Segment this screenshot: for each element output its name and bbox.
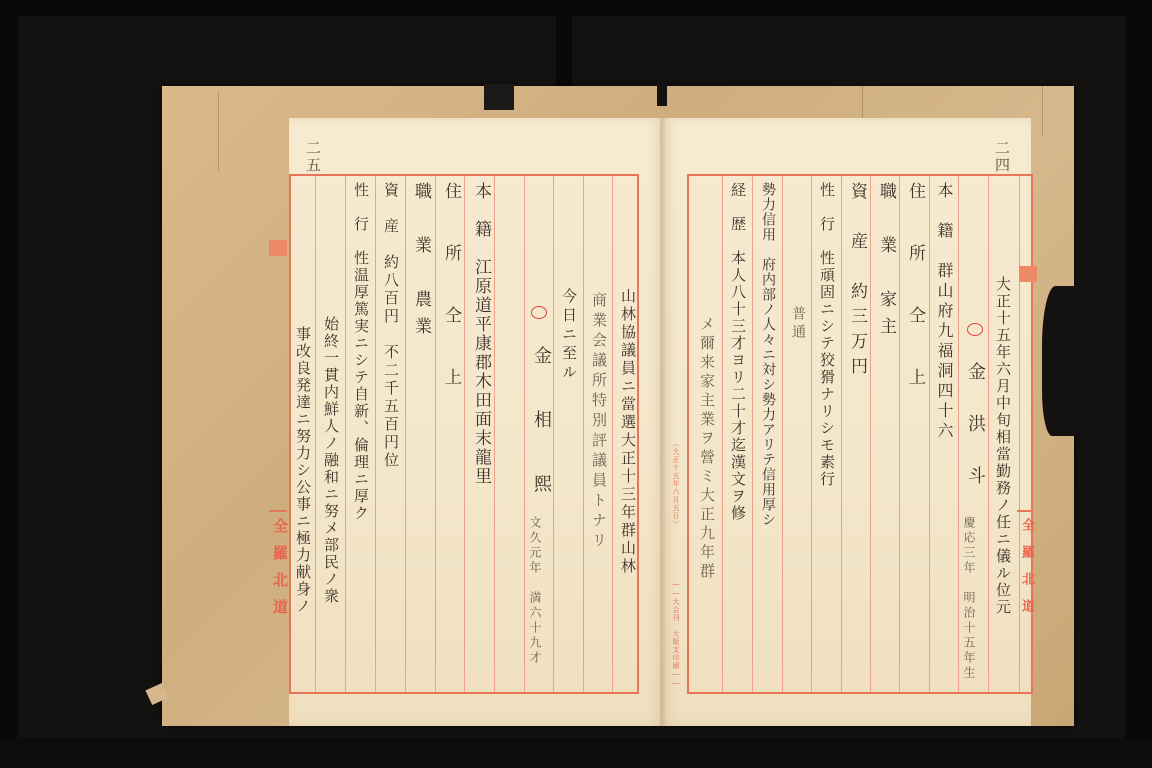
column-rule [841,176,842,692]
record-address: 住 所 仝 上 [437,182,465,399]
record-occupation: 職 業 農業 [407,182,435,344]
record-history-cont: メ爾来家主業ヲ營ミ大正九年群 [693,316,721,582]
gutter-date-print: （大正十五年六月五日） [671,440,681,528]
red-circle-mark [531,306,547,319]
edge-tab [1019,266,1037,282]
column-rule [752,176,753,692]
record-character: 性 行 性頑固ニシテ狡猾ナリシモ素行 [813,182,841,488]
crease [1042,86,1043,136]
record-assets: 資 産 約三万円 [843,182,871,382]
column-rule [782,176,783,692]
frame-divider [556,0,572,90]
record-character-cont: 普通 [784,306,812,342]
frame-bottom [0,738,1152,768]
edge-rule [269,510,287,512]
spine-shadow [660,118,666,726]
column-rule [583,176,584,692]
history-line-1: 山林協議員ニ當選大正十三年群山林 [614,288,642,576]
column-rule [722,176,723,692]
column-rule [345,176,346,692]
crease [218,91,219,171]
edge-rule [1017,510,1033,512]
record-assets: 資 産 約八百円 不二千五百円位 [377,182,405,470]
history-line-3: 今日ニ至ル [555,288,583,383]
right-page: 二四 大正十五年六月中旬相當勤務ノ任ニ儀ル位元 金 洪 斗 慶応三年 明治十五年… [663,118,1031,726]
record-character-cont-2: 事改良発達ニ努力シ公事ニ極力献身ノ [289,326,317,615]
record-honseki: 本 籍 江原道平康郡木田面末龍里 [467,182,495,486]
history-line-2: 商業会議所特別評議員トナリ [585,292,613,552]
record-character-cont: 始終一貫内鮮人ノ融和ニ努メ部民ノ衆 [317,316,345,605]
person-name: 金 相 熙 [527,346,555,506]
record-influence: 勢力信用 府内部ノ人々ニ対シ勢力アリテ信用厚シ [754,182,782,527]
person-name: 金 洪 斗 [961,362,989,492]
appointment-line: 大正十五年六月中旬相當勤務ノ任ニ儀ル位元 [989,276,1017,616]
region-label-right: 全羅北道 [1017,518,1036,626]
frame-right [1125,0,1152,768]
page-number: 二五 [303,140,324,174]
person-birth-note: 慶応三年 明治十五年生 [961,516,983,681]
record-occupation: 職 業 家主 [872,182,900,344]
record-character: 性 行 性温厚篤実ニシテ自新、倫理ニ厚ク [347,182,375,522]
column-rule [405,176,406,692]
column-rule [435,176,436,692]
right-tear [1042,286,1076,436]
left-page: 二五 本 籍 江原道平康郡木田面末龍里 住 所 仝 上 職 業 農業 資 産 約… [289,118,663,726]
edge-tab [269,240,287,256]
gutter-printer-print: ――大会刊 大阪支印刷―― [671,580,681,688]
region-label-left: 全羅北道 [270,518,291,626]
top-tear [484,84,514,110]
top-tear-2 [657,84,667,106]
column-rule [811,176,812,692]
record-address: 住 所 仝 上 [901,182,929,399]
frame-top [0,0,1152,16]
column-rule [375,176,376,692]
ruled-frame: 本 籍 江原道平康郡木田面末龍里 住 所 仝 上 職 業 農業 資 産 約八百円… [289,174,639,694]
page-number: 二四 [992,140,1013,174]
frame-left [0,0,18,768]
red-circle-mark [967,323,983,336]
ruled-frame: 大正十五年六月中旬相當勤務ノ任ニ儀ル位元 金 洪 斗 慶応三年 明治十五年生 本… [687,174,1033,694]
person-birth-note: 文久元年 満六十九才 [527,516,549,666]
record-honseki: 本 籍 群山府九福洞四十六 [930,182,958,442]
record-history: 経 歴 本人八十三才ヨリ二十才迄漢文ヲ修 [724,182,752,522]
